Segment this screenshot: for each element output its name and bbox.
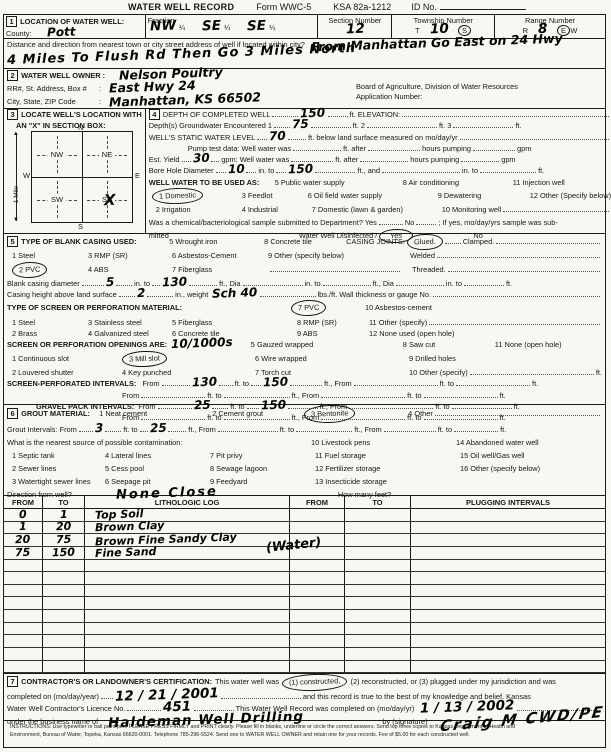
- address-colon: :: [99, 82, 101, 95]
- id-no-label: ID No.: [411, 2, 437, 12]
- table-cell: [345, 522, 411, 534]
- table-cell: [290, 623, 345, 635]
- table-cell: [345, 648, 411, 660]
- table-cell: [85, 635, 290, 647]
- option-item: 8 Air conditioning: [403, 177, 513, 188]
- yield-after-label: ft. after: [335, 154, 358, 165]
- table-cell: [411, 547, 605, 559]
- use-options-row1: 5 Public water supply8 Air conditioning1…: [275, 177, 565, 188]
- arrow-down-icon: ▼: [13, 217, 19, 223]
- joints-welded-option: Welded: [410, 250, 435, 261]
- section7-numbox: 7: [7, 676, 18, 687]
- grout-ftto3-label: ft. to: [438, 423, 452, 436]
- county-value: Pott: [47, 28, 76, 37]
- col-from2-header: FROM: [290, 496, 345, 508]
- table-cell: [4, 597, 43, 609]
- section2-title: WATER WELL OWNER :: [21, 69, 105, 82]
- table-cell: [345, 597, 411, 609]
- casing-concrete-option: 8 Concrete tile: [264, 236, 346, 247]
- cert-intro: This water well was: [215, 676, 279, 688]
- option-item: 10 Other (specify): [409, 367, 468, 378]
- fraction-q1-value: NW: [150, 22, 176, 31]
- option-item: 2 Irrigation: [156, 204, 242, 215]
- yield-label: Est. Yield: [149, 154, 180, 165]
- range-west-option: W: [570, 26, 577, 35]
- water-well-record-form: WATER WELL RECORD Form WWC-5 KSA 82a-121…: [0, 0, 611, 752]
- table-cell-value: Brown Fine Sandy Clay: [95, 535, 237, 546]
- table-cell: [43, 560, 85, 572]
- contam-options-row1: 1 Septic tank4 Lateral lines7 Pit privy1…: [4, 449, 605, 462]
- agency-name: Board of Agriculture, Division of Water …: [356, 82, 518, 92]
- openings-wire-option: 6 Wire wrapped: [255, 353, 409, 364]
- quadrant-nw: NW: [32, 132, 82, 177]
- table-cell: [345, 547, 411, 559]
- license-value: 451: [163, 703, 191, 712]
- elevation-label: ft. ELEVATION:: [350, 109, 401, 120]
- col-from-header: FROM: [4, 496, 43, 508]
- openings-millslot-circled: 3 Mill slot: [122, 350, 167, 368]
- table-cell: [43, 635, 85, 647]
- grout-from3-label: ft., From: [354, 423, 382, 436]
- instructions-line-2: Environment, Bureau of Water, Topeka, Ka…: [10, 732, 599, 740]
- casing-options-row2: 1 Steel3 RMP (SR)6 Asbestos-Cement9 Othe…: [12, 250, 408, 261]
- dia-label-3: ft., Dia: [373, 278, 394, 289]
- form-title-bar: WATER WELL RECORD Form WWC-5 KSA 82a-121…: [0, 1, 611, 12]
- table-cell: 1: [4, 522, 43, 534]
- use-other-option: 12 Other (Specify below): [530, 190, 611, 201]
- lith-table-body: 01Top Soil120Brown Clay2075Brown Fine Sa…: [4, 509, 605, 673]
- grout-to-value: 25: [149, 424, 166, 433]
- table-row: [4, 635, 605, 648]
- gw3-label: ft. 3: [439, 120, 451, 131]
- table-cell-value: Brown Clay: [95, 523, 164, 531]
- lith-table-header: FROM TO LITHOLOGIC LOG FROM TO PLUGGING …: [4, 496, 605, 509]
- table-cell: [411, 522, 605, 534]
- water-annotation: (Water): [266, 539, 322, 553]
- table-cell: [43, 572, 85, 584]
- section6-grout: 6 GROUT MATERIAL: 1 Neat cement 2 Cement…: [4, 405, 605, 496]
- table-cell-value: 75: [15, 549, 31, 556]
- ft-label: ft.: [515, 120, 521, 131]
- by-signature-label: by (signature): [382, 715, 427, 728]
- table-cell: Fine Sand: [85, 547, 290, 559]
- ft-label-6: ft.: [500, 390, 506, 401]
- city-label: City, State, ZIP Code: [7, 95, 99, 108]
- option-item: 4 Galvanized steel: [88, 328, 172, 339]
- table-cell: [411, 635, 605, 647]
- section4-depth: 4 DEPTH OF COMPLETED WELL 150 ft. ELEVAT…: [146, 109, 611, 233]
- option-item: 2 Brass: [12, 328, 88, 339]
- section-box-grid: NW NE SW SE X: [31, 131, 133, 223]
- static-level-label: WELL'S STATIC WATER LEVEL: [149, 132, 256, 143]
- table-cell: [411, 585, 605, 597]
- one-mile-arrow: ▲ ▼ 1 Mile: [16, 133, 17, 221]
- table-cell: [43, 623, 85, 635]
- quarter-glyph: ¼: [269, 23, 275, 32]
- address-label: RR#, St. Address, Box #: [7, 82, 99, 95]
- table-cell: [290, 635, 345, 647]
- table-cell: [4, 610, 43, 622]
- bore-diameter-value: 10: [227, 165, 244, 174]
- table-cell-value: 75: [56, 537, 72, 544]
- section2-numbox: 2: [7, 70, 18, 81]
- col-to2-header: TO: [345, 496, 411, 508]
- section-number-cell: Section Number 12: [317, 15, 391, 38]
- groundwater-value: 75: [292, 120, 309, 129]
- gpm-label-2: gpm: [501, 154, 515, 165]
- option-item: 6 Asbestos-Cement: [172, 250, 268, 261]
- table-cell: [345, 509, 411, 521]
- gravel-to-value: 150: [260, 400, 285, 409]
- section2-owner: 2 WATER WELL OWNER : Nelson Poultry RR#,…: [4, 69, 605, 109]
- pump-hours-label: hours pumping: [422, 143, 471, 154]
- table-cell: [43, 585, 85, 597]
- use-dewatering-option: 9 Dewatering: [438, 190, 530, 201]
- table-cell: [345, 610, 411, 622]
- option-item: 5 Cess pool: [105, 462, 210, 475]
- grout-bentonite-circled: 3 Bentonite: [304, 404, 356, 424]
- table-cell: [85, 623, 290, 635]
- table-cell: [4, 648, 43, 660]
- table-cell-value: 150: [52, 549, 75, 556]
- option-item: 11 Other (specify): [369, 317, 427, 328]
- table-cell: [43, 610, 85, 622]
- blank-depth-value: 130: [162, 277, 187, 286]
- joints-threaded-option: Threaded.: [412, 264, 446, 275]
- quarter-glyph: ¼: [179, 23, 185, 32]
- table-row: [4, 585, 605, 598]
- grout-from2-label: ft., From: [188, 423, 216, 436]
- option-item: 8 Sewage lagoon: [210, 462, 315, 475]
- option-item: 4 Key punched: [122, 367, 255, 378]
- table-cell: [411, 648, 605, 660]
- lithologic-table: FROM TO LITHOLOGIC LOG FROM TO PLUGGING …: [4, 496, 605, 674]
- table-cell: [411, 597, 605, 609]
- casing-height-label: Casing height above land surface: [7, 289, 117, 300]
- openings-continuous-option: 1 Continuous slot: [12, 353, 122, 364]
- business-name-value: Haldeman Well Drilling: [108, 713, 304, 728]
- option-item: 4 Lateral lines: [105, 449, 210, 462]
- section3-title-1: LOCATE WELL'S LOCATION WITH: [21, 110, 142, 121]
- table-cell: [290, 585, 345, 597]
- option-item: 12 None used (open hole): [369, 328, 454, 339]
- table-cell: 20: [4, 534, 43, 546]
- bore-label: Bore Hole Diameter: [149, 165, 214, 176]
- form-body: 1 LOCATION OF WATER WELL: County: Pott F…: [3, 14, 606, 748]
- bore-and-label: ft., and: [357, 165, 380, 176]
- dia-into-label-3: in. to: [446, 278, 462, 289]
- option-item: 3 Stainless steel: [88, 317, 172, 328]
- license-label: Water Well Contractor's Licence No.: [7, 703, 125, 715]
- option-item: 2 Sewer lines: [12, 462, 105, 475]
- table-cell: [85, 610, 290, 622]
- use-title: WELL WATER TO BE USED AS:: [149, 177, 275, 188]
- table-row: [4, 623, 605, 636]
- table-cell-value: Top Soil: [95, 511, 144, 519]
- contamination-question: What is the nearest source of possible c…: [7, 436, 311, 449]
- table-cell: [43, 648, 85, 660]
- grout-intervals-label: Grout Intervals: From: [7, 423, 77, 436]
- page-title: WATER WELL RECORD: [128, 2, 234, 12]
- contam-livestock-option: 10 Livestock pens: [311, 436, 456, 449]
- grout-ftto-label: ft. to: [123, 423, 137, 436]
- casing-pvc-circled: 2 PVC: [12, 261, 48, 279]
- ftfrom-label-2: ft., From: [292, 390, 320, 401]
- section6-numbox: 6: [7, 408, 18, 419]
- contam-options-row2: 2 Sewer lines5 Cess pool8 Sewage lagoon1…: [4, 462, 605, 475]
- option-item: 11 Fuel storage: [315, 449, 460, 462]
- option-item: 9 Other (specify below): [268, 250, 408, 261]
- table-cell: 20: [43, 522, 85, 534]
- quadrant-sw: SW: [32, 177, 82, 222]
- table-cell: [345, 534, 411, 546]
- joints-glued-circled: Glued.: [407, 233, 443, 251]
- table-cell: [345, 623, 411, 635]
- table-cell: [345, 635, 411, 647]
- table-cell: [411, 560, 605, 572]
- table-cell-value: Fine Sand: [95, 549, 157, 557]
- table-cell: [4, 560, 43, 572]
- bore-into2-label: in. to: [462, 165, 478, 176]
- table-cell: [411, 661, 605, 673]
- use-options-row3: 2 Irrigation4 Industrial7 Domestic (lawn…: [156, 204, 502, 215]
- table-cell-value: 0: [19, 512, 27, 518]
- table-cell: [290, 572, 345, 584]
- option-item: 7 Domestic (lawn & garden): [312, 204, 442, 215]
- table-cell: [290, 560, 345, 572]
- compass-west-label: W: [23, 171, 30, 180]
- id-no-blank: [440, 1, 526, 10]
- gw2-label: ft. 2: [353, 120, 365, 131]
- screen-interval-from-value: 130: [191, 378, 216, 387]
- weight-label: in., weight: [175, 289, 208, 300]
- range-label: Range Number: [497, 16, 603, 25]
- ftto-label-2: ft. to: [440, 378, 454, 389]
- gravel-from-value: 25: [193, 401, 210, 410]
- option-item: 4 Industrial: [242, 204, 312, 215]
- table-cell: [85, 661, 290, 673]
- quadrant-ne: NE: [82, 132, 132, 177]
- table-cell: [345, 585, 411, 597]
- fraction-q2-value: SE: [202, 22, 221, 31]
- section5-numbox: 5: [7, 236, 18, 247]
- section3-title-2: AN "X" IN SECTION BOX:: [16, 121, 106, 131]
- section5-casing: 5 TYPE OF BLANK CASING USED: 5 Wrought i…: [4, 234, 605, 405]
- completed-on-label: completed on (mo/day/year): [7, 691, 99, 703]
- quarter-glyph: ¼: [224, 23, 230, 32]
- contam-options-row3: 3 Watertight sewer lines6 Seepage pit9 F…: [4, 475, 605, 488]
- openings-none-option: 11 None (open hole): [495, 339, 562, 350]
- direction-value: None Close: [116, 488, 218, 500]
- city-colon: :: [99, 95, 101, 108]
- table-cell: [345, 560, 411, 572]
- table-cell-value: 20: [15, 537, 31, 544]
- sample-no-label: No: [405, 216, 414, 229]
- table-cell: [85, 572, 290, 584]
- table-cell: [345, 572, 411, 584]
- option-item: 3 Watertight sewer lines: [12, 475, 105, 488]
- table-cell: 1: [43, 509, 85, 521]
- form-number: Form WWC-5: [256, 2, 311, 12]
- table-cell: [411, 572, 605, 584]
- table-cell: [411, 610, 605, 622]
- depth-label: DEPTH OF COMPLETED WELL: [163, 109, 271, 120]
- section1-numbox: 1: [6, 16, 17, 27]
- table-cell: [290, 522, 345, 534]
- table-cell: [43, 597, 85, 609]
- table-cell: [43, 661, 85, 673]
- table-cell: [4, 623, 43, 635]
- screen-pvc-circled: 7 PVC: [291, 300, 327, 318]
- groundwater-label: Depth(s) Groundwater Encountered 1: [149, 120, 272, 131]
- compass-south-label: S: [78, 222, 83, 231]
- weight-value: Sch 40: [212, 288, 257, 298]
- section3-numbox: 3: [7, 109, 18, 120]
- wall-thickness-label: lbs./ft. Wall thickness or gauge No.: [318, 289, 432, 300]
- static-level-value: 70: [269, 131, 286, 140]
- compass-east-label: E: [135, 171, 140, 180]
- option-item: 9 ABS: [297, 328, 369, 339]
- ft-label-5: ft.: [532, 378, 538, 389]
- table-cell: [290, 509, 345, 521]
- casing-fiberglass-option: 7 Fiberglass: [172, 264, 268, 275]
- option-item: 10 Monitoring well: [442, 204, 502, 215]
- static-level-suffix: ft. below land surface measured on mo/da…: [308, 132, 458, 143]
- contam-abandoned-option: 14 Abandoned water well: [456, 436, 539, 449]
- yield-value: 30: [192, 154, 209, 163]
- table-cell: [4, 572, 43, 584]
- table-cell: [411, 534, 605, 546]
- table-cell: Brown Fine Sandy Clay: [85, 534, 290, 546]
- casing-joints-label: CASING JOINTS:: [346, 236, 405, 247]
- city-value: Manhattan, KS 66502: [109, 93, 261, 106]
- table-row: [4, 560, 605, 573]
- use-domestic-circled: 1 Domestic: [151, 187, 203, 205]
- business-name-label: under the business name of: [7, 715, 98, 728]
- ft-label-4: ft.: [596, 367, 602, 378]
- table-cell: [290, 661, 345, 673]
- table-cell: [85, 648, 290, 660]
- section-number-value: 12: [345, 25, 364, 34]
- table-row: 120Brown Clay: [4, 522, 605, 535]
- county-label: County:: [6, 29, 31, 38]
- statute-ref: KSA 82a-1212: [333, 2, 391, 12]
- openings-sawcut-option: 8 Saw cut: [403, 339, 495, 350]
- option-item: 12 Fertilizer storage: [315, 462, 460, 475]
- bore-into-label: in. to: [258, 165, 274, 176]
- table-cell: [411, 623, 605, 635]
- table-cell: 75: [4, 547, 43, 559]
- address-value: East Hwy 24: [109, 81, 196, 92]
- use-feedlot-option: 3 Feedlot: [242, 190, 308, 201]
- table-cell: 75: [43, 534, 85, 546]
- casing-wrought-option: 5 Wrought iron: [169, 236, 264, 247]
- table-cell: [4, 585, 43, 597]
- fraction-q3-value: SE: [247, 22, 266, 31]
- section3-locate: 3 LOCATE WELL'S LOCATION WITH AN "X" IN …: [4, 109, 146, 233]
- joints-clamped-option: Clamped.: [463, 236, 495, 247]
- screen-asbestos-option: 10 Asbestos-cement: [365, 302, 432, 313]
- screen-material-title: TYPE OF SCREEN OR PERFORATION MATERIAL:: [7, 302, 225, 313]
- option-item: 16 Other (specify below): [460, 462, 540, 475]
- table-row: [4, 572, 605, 585]
- sample-question: Was a chemical/bacteriological sample su…: [149, 216, 377, 229]
- table-cell: [411, 509, 605, 521]
- well-x-mark: X: [104, 196, 116, 204]
- blank-diameter-label: Blank casing diameter: [7, 278, 80, 289]
- table-cell-value: 1: [60, 512, 68, 518]
- location-cell: 1 LOCATION OF WATER WELL: County: Pott: [4, 15, 145, 38]
- table-cell: [85, 560, 290, 572]
- option-item: 15 Oil well/Gas well: [460, 449, 524, 462]
- township-t-label: T: [415, 26, 420, 35]
- pump-after-label: ft. after: [343, 143, 366, 154]
- openings-gauzed-option: 5 Gauzed wrapped: [251, 339, 403, 350]
- openings-title: SCREEN OR PERFORATION OPENINGS ARE:: [7, 339, 167, 350]
- col-plug-header: PLUGGING INTERVALS: [411, 496, 605, 508]
- option-item: 2 Louvered shutter: [12, 367, 122, 378]
- section3-4-row: 3 LOCATE WELL'S LOCATION WITH AN "X" IN …: [4, 109, 605, 234]
- option-item: 1 Steel: [12, 317, 88, 328]
- openings-drilled-option: 9 Drilled holes: [409, 353, 456, 364]
- arrow-up-icon: ▲: [13, 131, 19, 137]
- option-item: 1 Septic tank: [12, 449, 105, 462]
- openings-options-row3: 2 Louvered shutter4 Key punched7 Torch c…: [12, 367, 468, 378]
- application-number-label: Application Number:: [356, 92, 518, 102]
- constructed-circled: (1) constructed,: [282, 673, 348, 692]
- option-item: 8 RMP (SR): [297, 317, 369, 328]
- section7-certification: 7 CONTRACTOR'S OR LANDOWNER'S CERTIFICAT…: [4, 674, 605, 721]
- screen-options-row1: 1 Steel3 Stainless steel5 Fiberglass8 RM…: [12, 317, 427, 328]
- table-cell: [85, 597, 290, 609]
- from-label: From: [142, 378, 159, 389]
- table-cell: Top Soil: [85, 509, 290, 521]
- openings-value: 10/1000s: [171, 338, 233, 348]
- grout-cement-option: 2 Cement grout: [212, 407, 304, 420]
- blank-diameter-value: 5: [106, 278, 115, 286]
- option-item: 7 Pit privy: [210, 449, 315, 462]
- fraction-cell: Fraction NW ¼ SE ¼ SE ¼: [145, 15, 318, 38]
- ft-label-3: ft.: [506, 278, 512, 289]
- ft-label-2: ft.: [538, 165, 544, 176]
- grout-other-option: 4 Other: [408, 407, 433, 420]
- distance-row: Distance and direction from nearest town…: [4, 39, 605, 69]
- table-row: [4, 661, 605, 674]
- one-mile-label: 1 Mile: [13, 186, 20, 203]
- casing-height-value: 2: [137, 289, 146, 297]
- screen-intervals-title: SCREEN-PERFORATED INTERVALS:: [7, 378, 136, 389]
- table-cell: [290, 648, 345, 660]
- yield-hours-label: hours pumping: [410, 154, 459, 165]
- option-item: 1 Steel: [12, 250, 88, 261]
- ftto-label: ft. to: [235, 378, 249, 389]
- table-row: [4, 648, 605, 661]
- option-item: 13 Insecticide storage: [315, 475, 460, 488]
- option-item: 5 Public water supply: [275, 177, 403, 188]
- table-row: [4, 610, 605, 623]
- table-cell: [85, 585, 290, 597]
- section6-title: GROUT MATERIAL:: [21, 407, 99, 420]
- table-row: 01Top Soil: [4, 509, 605, 522]
- cert-rest: (2) reconstructed, or (3) plugged under …: [350, 676, 555, 688]
- use-oilfield-option: 6 Oil field water supply: [308, 190, 438, 201]
- gpm-label: gpm: [517, 143, 531, 154]
- section5-title: TYPE OF BLANK CASING USED:: [21, 236, 169, 247]
- table-cell: [4, 661, 43, 673]
- table-cell: [290, 610, 345, 622]
- ft-label-9: ft.: [500, 423, 506, 436]
- screen-interval-to-value: 150: [263, 378, 288, 387]
